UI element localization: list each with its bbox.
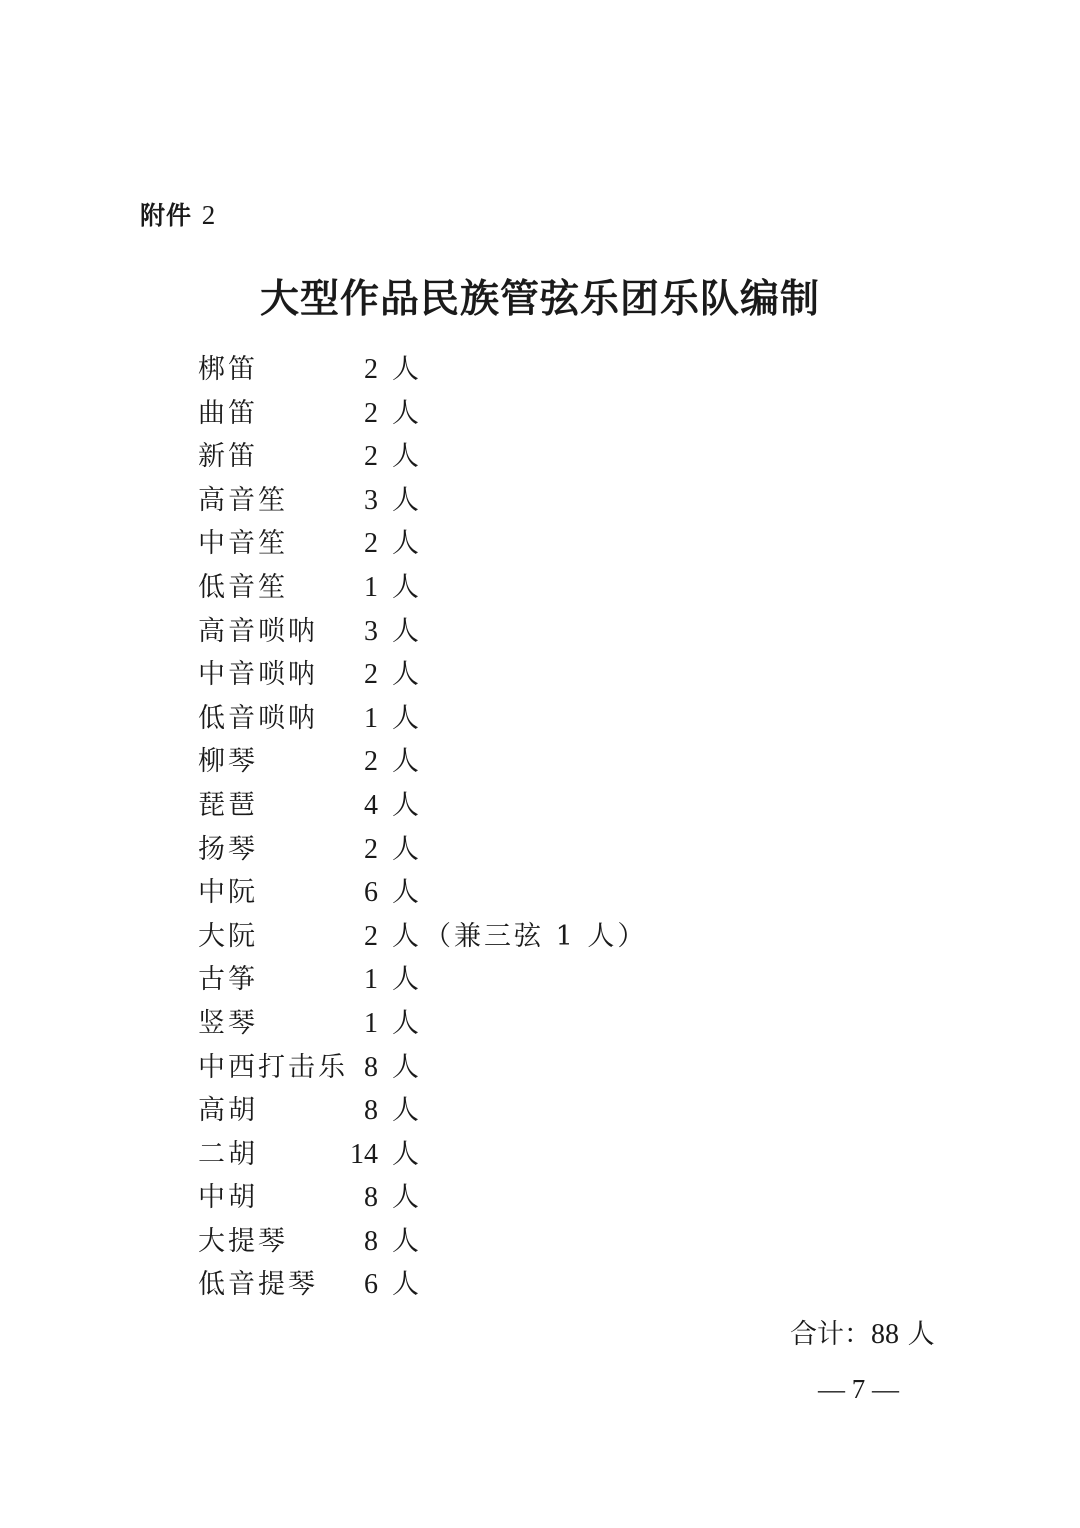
instrument-count: 3 [318, 614, 378, 650]
instrument-name: 新笛 [198, 439, 258, 475]
attachment-number: 2 [202, 200, 217, 230]
instrument-unit: 人 [392, 396, 419, 432]
instrument-unit: 人 [392, 1180, 419, 1216]
instrument-unit: 人 [392, 526, 419, 562]
instrument-unit: 人 [392, 1137, 419, 1173]
instrument-count: 2 [318, 439, 378, 475]
total-line: 合计：88 人 [790, 1312, 935, 1351]
instrument-count: 8 [318, 1180, 378, 1216]
instrument-name: 曲笛 [198, 396, 258, 432]
page-number: — 7 — [818, 1374, 899, 1405]
instrument-unit: 人 [392, 483, 419, 519]
instrument-name: 中阮 [198, 875, 258, 911]
total-unit: 人 [908, 1319, 935, 1350]
instrument-unit: 人 [392, 1006, 419, 1042]
instrument-name: 柳琴 [198, 744, 258, 780]
instrument-unit: 人 [392, 788, 419, 824]
instrument-count: 8 [318, 1050, 378, 1086]
instrument-name: 扬琴 [198, 832, 258, 868]
total-value: 88 [871, 1319, 899, 1350]
instrument-unit: 人 [392, 962, 419, 998]
instrument-name: 梆笛 [198, 352, 258, 388]
instrument-unit: 人 [392, 1093, 419, 1129]
instrument-unit: 人 [392, 875, 419, 911]
instrument-count: 4 [318, 788, 378, 824]
instrument-name: 古筝 [198, 962, 258, 998]
instrument-count: 1 [318, 570, 378, 606]
instrument-unit: 人 [392, 832, 419, 868]
instrument-count: 1 [318, 1006, 378, 1042]
instrument-unit: 人 [392, 1050, 419, 1086]
instrument-name: 大阮 [198, 919, 258, 955]
instrument-count: 2 [318, 744, 378, 780]
instrument-name: 中音笙 [198, 526, 288, 562]
instrument-count: 3 [318, 483, 378, 519]
instrument-count: 8 [318, 1093, 378, 1129]
instrument-name: 高音唢呐 [198, 614, 318, 650]
instrument-name: 琵琶 [198, 788, 258, 824]
instrument-count: 2 [318, 657, 378, 693]
instrument-name: 二胡 [198, 1137, 258, 1173]
instrument-count: 14 [318, 1137, 378, 1173]
instrument-name: 低音唢呐 [198, 701, 318, 737]
instrument-unit: 人 [392, 570, 419, 606]
instrument-name: 中胡 [198, 1180, 258, 1216]
instrument-unit: 人 [392, 657, 419, 693]
instrument-count: 2 [318, 352, 378, 388]
instrument-note: （兼三弦 1 人） [424, 919, 647, 955]
document-title: 大型作品民族管弦乐团乐队编制 [0, 268, 1080, 324]
instrument-name: 低音提琴 [198, 1267, 318, 1303]
total-label: 合计： [790, 1319, 871, 1350]
attachment-label: 附件 2 [140, 196, 216, 232]
instrument-name: 中音唢呐 [198, 657, 318, 693]
instrument-count: 2 [318, 832, 378, 868]
instrument-name: 高胡 [198, 1093, 258, 1129]
instrument-name: 高音笙 [198, 483, 288, 519]
instrument-unit: 人 [392, 701, 419, 737]
instrument-unit: 人 [392, 439, 419, 475]
instrument-name: 竖琴 [198, 1006, 258, 1042]
instrument-count: 1 [318, 962, 378, 998]
instrument-unit: 人 [392, 919, 419, 955]
instrument-name: 低音笙 [198, 570, 288, 606]
instrument-count: 2 [318, 526, 378, 562]
instrument-name: 大提琴 [198, 1224, 288, 1260]
attachment-text: 附件 [140, 201, 192, 230]
instrument-count: 6 [318, 1267, 378, 1303]
instrument-unit: 人 [392, 614, 419, 650]
instrument-count: 2 [318, 919, 378, 955]
instrument-unit: 人 [392, 1224, 419, 1260]
instrument-unit: 人 [392, 744, 419, 780]
instrument-count: 6 [318, 875, 378, 911]
instrument-count: 8 [318, 1224, 378, 1260]
instrument-unit: 人 [392, 1267, 419, 1303]
instrument-count: 1 [318, 701, 378, 737]
instrument-count: 2 [318, 396, 378, 432]
instrument-unit: 人 [392, 352, 419, 388]
